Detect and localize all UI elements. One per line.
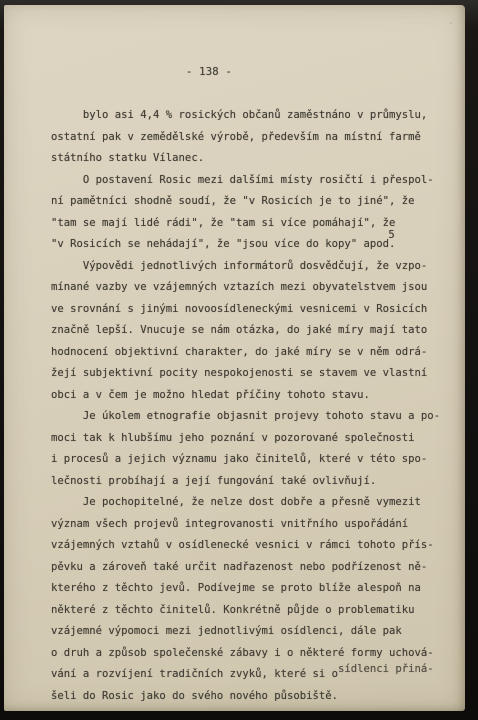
footnote-ref: 5	[388, 229, 394, 241]
text-line: značně lepší. Vnucuje se nám otázka, do …	[51, 320, 456, 342]
text-line-main: "v Rosicích se nehádají", že "jsou více …	[51, 238, 395, 250]
text-line: i procesů a jejich významu jako činitelů…	[51, 449, 456, 471]
text-line: pěvku a zároveň také určit nadřazenost n…	[51, 557, 456, 579]
text-line: lečnosti probíhají a její fungování také…	[51, 471, 456, 493]
document-page: - 138 - bylo asi 4,4 % rosických občanů …	[4, 5, 465, 711]
text-line: ve srovnání s jinými novoosídleneckými v…	[51, 299, 456, 321]
text-line: hodnocení objektivní charakter, do jaké …	[51, 342, 456, 364]
text-line: kterého z těchto jevů. Podívejme se prot…	[51, 578, 456, 600]
text-line: Výpovědi jednotlivých informátorů dosvěd…	[51, 256, 456, 278]
text-line: vání a rozvíjení tradičních zvyků, které…	[51, 664, 456, 686]
text-line: vzájemných vztahů v osídlenecké vesnici …	[51, 535, 456, 557]
text-line: význam všech projevů integrovanosti vnit…	[51, 514, 456, 536]
text-line: Je pochopitelné, že nelze dost dobře a p…	[51, 492, 456, 514]
text-line: o druh a způsob společenské zábavy i o n…	[51, 643, 456, 665]
text-line: bylo asi 4,4 % rosických občanů zaměstná…	[51, 105, 456, 127]
text-line: některé z těchto činitelů. Konkrétně půj…	[51, 600, 456, 622]
scan-background: - 138 - bylo asi 4,4 % rosických občanů …	[0, 0, 478, 720]
text-line: "v Rosicích se nehádají", že "jsou více …	[51, 234, 456, 256]
text-line: obci a v čem je možno hledat příčiny toh…	[51, 385, 456, 407]
text-line: šeli do Rosic jako do svého nového působ…	[51, 686, 456, 708]
text-line-main: vání a rozvíjení tradičních zvyků, které…	[51, 668, 338, 680]
text-line: "tam se mají lidé rádi", že "tam si více…	[51, 213, 456, 235]
raised-text: sídlenci přiná-	[338, 663, 434, 675]
text-line: státního statku Vílanec.	[51, 148, 456, 170]
text-line: vzájemné výpomoci mezi jednotlivými osíd…	[51, 621, 456, 643]
page-number: - 138 -	[186, 66, 232, 78]
text-line: moci tak k hlubšímu jeho poznání v pozor…	[51, 428, 456, 450]
text-line: mínané vazby ve vzájemných vztazích mezi…	[51, 277, 456, 299]
text-block: bylo asi 4,4 % rosických občanů zaměstná…	[51, 105, 456, 707]
text-line: žejí subjektivní pocity nespokojenosti s…	[51, 363, 456, 385]
text-line: Je úkolem etnografie objasnit projevy to…	[51, 406, 456, 428]
text-line: ostatní pak v zemědělské výrobě, předevš…	[51, 127, 456, 149]
text-line: O postavení Rosic mezi dalšími místy ros…	[51, 170, 456, 192]
text-line: ní pamětníci shodně soudí, že "v Rosicíc…	[51, 191, 456, 213]
